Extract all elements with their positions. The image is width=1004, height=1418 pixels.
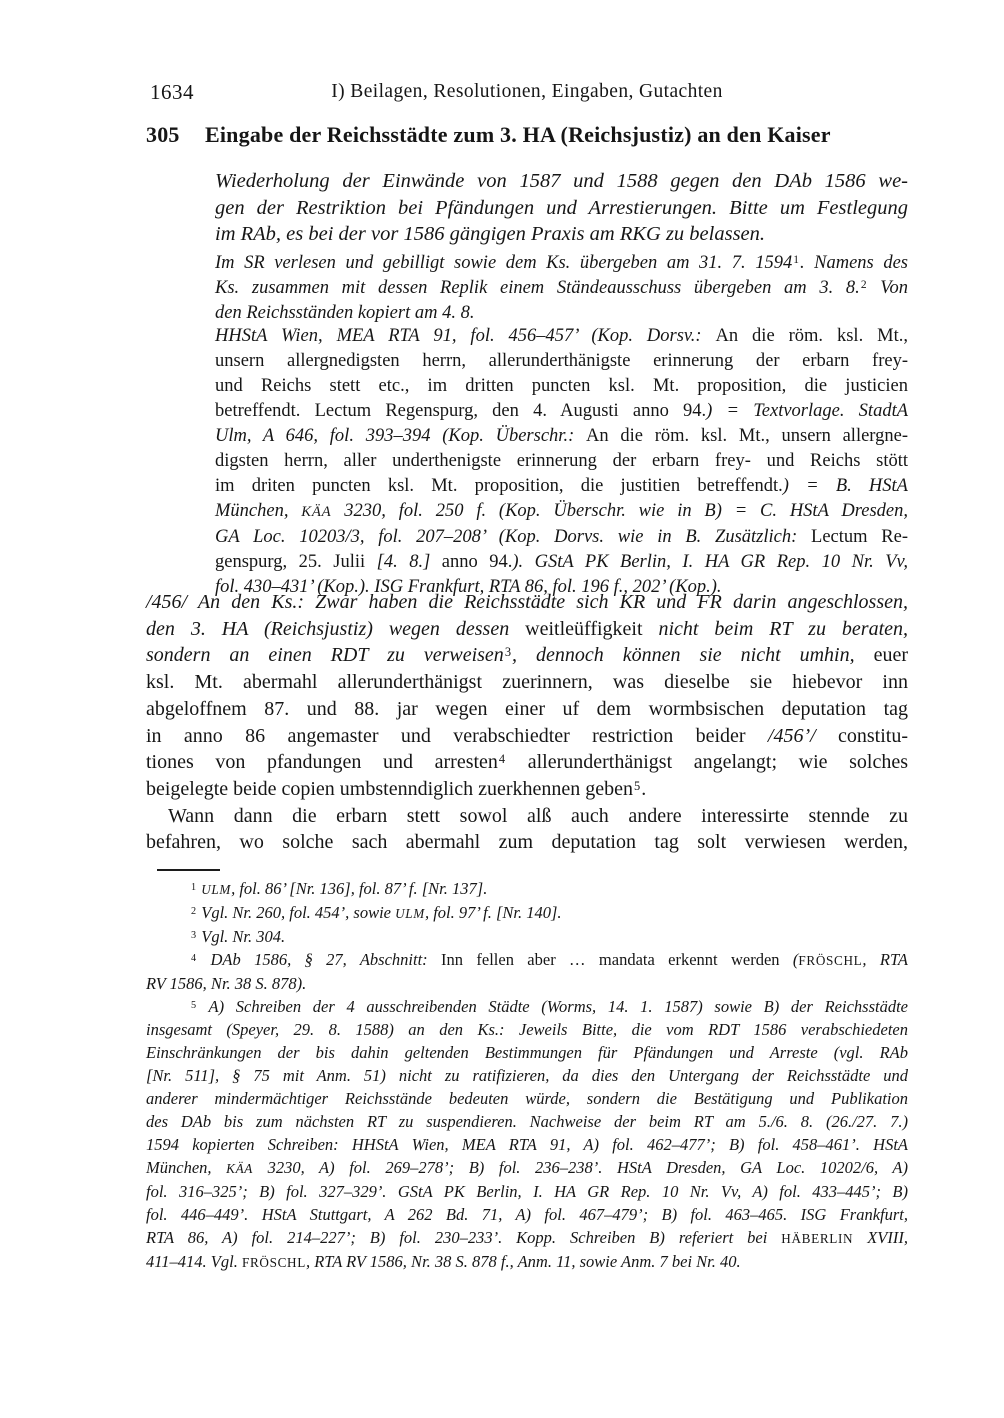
- text-run: /456’/: [768, 725, 838, 747]
- text-run: [Nr. 511], § 75 mit Anm. 51) nicht zu ra…: [146, 1066, 908, 1085]
- text-line: sondern an einen RDT zu verweisen3, denn…: [146, 642, 908, 669]
- footnote-reference: 2: [191, 906, 196, 917]
- text-line: GA Loc. 10203/3, fol. 207–208’ (Kop. Dor…: [215, 525, 908, 550]
- text-run: den Reichsständen kopiert am 4. 8.: [215, 303, 474, 323]
- text-line: fol. 316–325’; B) fol. 327–329’. GStA PK…: [146, 1180, 908, 1203]
- text-run: , dennoch können sie nicht umhin,: [512, 644, 874, 666]
- text-run: An die röm. ksl. Mt., unsern allergne-: [586, 426, 908, 446]
- text-run: ksl. Mt. abermahl allerunderthänigst zue…: [146, 671, 908, 693]
- text-line: 5 A) Schreiben der 4 ausschreibenden Stä…: [146, 995, 908, 1018]
- text-line: digsten herrn, aller underthenigste erin…: [215, 449, 908, 474]
- text-run: Von: [868, 278, 908, 298]
- text-run: 411–414. Vgl.: [146, 1252, 242, 1271]
- text-run: 3230, fol. 250 f. (Kop. Überschr. wie in…: [331, 501, 908, 521]
- text-run: FRÖSCHL: [242, 1255, 306, 1270]
- text-run: anno 94.: [442, 552, 513, 572]
- text-line: Ulm, A 646, fol. 393–394 (Kop. Überschr.…: [215, 424, 908, 449]
- text-run: unsern allergnedigsten herrn, allerunder…: [215, 351, 908, 371]
- text-run: des DAb bis zum nächsten RT zu suspendie…: [146, 1112, 908, 1131]
- text-line: ksl. Mt. abermahl allerunderthänigst zue…: [146, 669, 908, 696]
- summary-block: Wiederholung der Einwände von 1587 und 1…: [215, 168, 908, 248]
- text-run: ) = Textvorlage. StadtA: [706, 401, 908, 421]
- text-line: 2 Vgl. Nr. 260, fol. 454’, sowie ULM, fo…: [146, 901, 908, 925]
- text-line: insgesamt (Speyer, 29. 8. 1588) an den K…: [146, 1018, 908, 1041]
- procedural-note-block: Im SR verlesen und gebilligt sowie dem K…: [215, 251, 908, 326]
- text-line: befahren, wo solche sach abermahl zum de…: [146, 829, 908, 856]
- footnote-reference: 3: [191, 930, 196, 941]
- text-run: München,: [215, 501, 301, 521]
- footnotes-block: 1 ULM, fol. 86’ [Nr. 136], fol. 87’ f. […: [146, 877, 908, 1274]
- text-run: FRÖSCHL: [798, 953, 862, 968]
- text-run: digsten herrn, aller underthenigste erin…: [215, 451, 908, 471]
- text-run: Vgl. Nr. 260, fol. 454’, sowie: [197, 903, 395, 922]
- text-run: An die röm. ksl. Mt.,: [716, 326, 909, 346]
- text-line: des DAb bis zum nächsten RT zu suspendie…: [146, 1110, 908, 1133]
- text-line: München, KÄA 3230, fol. 250 f. (Kop. Übe…: [215, 499, 908, 525]
- text-run: fol. 446–449’. HStA Stuttgart, A 262 Bd.…: [146, 1205, 908, 1224]
- text-run: 3230, A) fol. 269–278’; B) fol. 236–238’…: [253, 1158, 908, 1177]
- text-run: RV 1586, Nr. 38 S. 878).: [146, 974, 306, 993]
- text-line: abgeloffnem 87. und 88. jar wegen einer …: [146, 696, 908, 723]
- text-run: Wiederholung der Einwände von 1587 und 1…: [215, 170, 908, 192]
- text-line: Wiederholung der Einwände von 1587 und 1…: [215, 168, 908, 195]
- text-line: 411–414. Vgl. FRÖSCHL, RTA RV 1586, Nr. …: [146, 1250, 908, 1274]
- footnote-reference: 4: [191, 953, 196, 964]
- text-run: /456/ An den Ks.: Zwar haben die Reichss…: [146, 591, 908, 613]
- text-run: im driten puncten ksl. Mt. proposition, …: [215, 476, 783, 496]
- text-run: HHStA Wien, MEA RTA 91, fol. 456–457’ (K…: [215, 326, 716, 346]
- document-title: Eingabe der Reichsstädte zum 3. HA (Reic…: [205, 122, 831, 148]
- text-line: [Nr. 511], § 75 mit Anm. 51) nicht zu ra…: [146, 1064, 908, 1087]
- text-run: anderer mindermächtiger Reichsstände bed…: [146, 1089, 908, 1108]
- text-line: RV 1586, Nr. 38 S. 878).: [146, 972, 908, 995]
- text-line: unsern allergnedigsten herrn, allerunder…: [215, 349, 908, 374]
- text-line: /456/ An den Ks.: Zwar haben die Reichss…: [146, 589, 908, 616]
- text-run: befahren, wo solche sach abermahl zum de…: [146, 831, 908, 853]
- text-line: in anno 86 angemaster und verabschiedter…: [146, 723, 908, 750]
- text-run: tiones von pfandungen und arresten: [146, 751, 498, 773]
- footnote-separator: [157, 869, 220, 871]
- text-run: insgesamt (Speyer, 29. 8. 1588) an den K…: [146, 1020, 908, 1039]
- document-number: 305: [146, 122, 205, 148]
- text-run: sondern an einen RDT zu verweisen: [146, 644, 504, 666]
- text-line: Einschränkungen der bis dahin geltenden …: [146, 1041, 908, 1064]
- text-line: RTA 86, A) fol. 214–227’; B) fol. 230–23…: [146, 1226, 908, 1250]
- text-line: 4 DAb 1586, § 27, Abschnitt: Inn fellen …: [146, 948, 908, 972]
- text-run: ULM: [201, 882, 231, 897]
- text-run: ) = B. HStA: [783, 476, 908, 496]
- text-run: , fol. 97’ f. [Nr. 140].: [425, 903, 562, 922]
- text-run: ULM: [395, 906, 425, 921]
- text-run: Inn fellen aber … mandata erkennt werden: [441, 950, 793, 969]
- text-run: KÄA: [301, 504, 331, 520]
- text-line: München, KÄA 3230, A) fol. 269–278’; B) …: [146, 1156, 908, 1180]
- text-run: Ks. zusammen mit dessen Replik einem Stä…: [215, 278, 860, 298]
- text-run: RTA 86, A) fol. 214–227’; B) fol. 230–23…: [146, 1228, 781, 1247]
- text-line: genspurg, 25. Julii [4. 8.] anno 94.). G…: [215, 550, 908, 575]
- text-run: GA Loc. 10203/3, fol. 207–208’ (Kop. Dor…: [215, 527, 811, 547]
- text-line: anderer mindermächtiger Reichsstände bed…: [146, 1087, 908, 1110]
- footnote-reference: 1: [191, 882, 196, 893]
- book-page: 1634 I) Beilagen, Resolutionen, Eingaben…: [0, 0, 1004, 1418]
- text-run: Wann dann die erbarn stett sowol alß auc…: [168, 805, 908, 827]
- text-run: allerunderthänigst angelangt; wie solche…: [506, 751, 908, 773]
- text-run: 1594 kopierten Schreiben: HHStA Wien, ME…: [146, 1135, 908, 1154]
- text-run: .: [641, 778, 646, 800]
- text-run: euer: [874, 644, 908, 666]
- text-run: weitleüffigkeit: [525, 618, 658, 640]
- text-run: constitu-: [838, 725, 908, 747]
- text-line: im RAb, es bei der vor 1586 gängigen Pra…: [215, 221, 908, 248]
- text-run: Lectum Re-: [811, 527, 908, 547]
- text-line: betreffendt. Lectum Regenspurg, den 4. A…: [215, 399, 908, 424]
- text-run: im RAb, es bei der vor 1586 gängigen Pra…: [215, 223, 765, 245]
- source-description-block: HHStA Wien, MEA RTA 91, fol. 456–457’ (K…: [215, 324, 908, 600]
- text-run: , RTA RV 1586, Nr. 38 S. 878 f., Anm. 11…: [306, 1252, 741, 1271]
- text-line: den 3. HA (Reichsjustiz) wegen dessen we…: [146, 616, 908, 643]
- text-line: Ks. zusammen mit dessen Replik einem Stä…: [215, 276, 908, 301]
- text-run: betreffendt. Lectum Regenspurg, den 4. A…: [215, 401, 706, 421]
- text-line: 3 Vgl. Nr. 304.: [146, 925, 908, 948]
- text-run: DAb 1586, § 27, Abschnitt:: [197, 950, 441, 969]
- main-text-block: /456/ An den Ks.: Zwar haben die Reichss…: [146, 589, 908, 856]
- text-run: KÄA: [226, 1161, 253, 1176]
- text-run: , fol. 86’ [Nr. 136], fol. 87’ f. [Nr. 1…: [231, 879, 487, 898]
- text-run: Im SR verlesen und gebilligt sowie dem K…: [215, 253, 792, 273]
- footnote-reference: 5: [191, 1000, 196, 1011]
- text-line: Im SR verlesen und gebilligt sowie dem K…: [215, 251, 908, 276]
- text-line: 1 ULM, fol. 86’ [Nr. 136], fol. 87’ f. […: [146, 877, 908, 901]
- text-line: tiones von pfandungen und arresten4 alle…: [146, 749, 908, 776]
- text-run: HÄBERLIN: [781, 1231, 853, 1246]
- text-run: XVIII,: [853, 1228, 908, 1247]
- footnote-reference: 3: [505, 645, 511, 659]
- text-run: A) Schreiben der 4 ausschreibenden Städt…: [197, 997, 908, 1016]
- text-run: abgeloffnem 87. und 88. jar wegen einer …: [146, 698, 908, 720]
- text-run: fol. 316–325’; B) fol. 327–329’. GStA PK…: [146, 1182, 908, 1201]
- text-run: den 3. HA (Reichsjustiz) wegen dessen: [146, 618, 525, 640]
- text-run: Vgl. Nr. 304.: [197, 927, 285, 946]
- text-run: genspurg, 25. Julii: [215, 552, 377, 572]
- document-heading: 305 Eingabe der Reichsstädte zum 3. HA (…: [146, 122, 908, 148]
- text-run: München,: [146, 1158, 226, 1177]
- text-run: Ulm, A 646, fol. 393–394 (Kop. Überschr.…: [215, 426, 586, 446]
- text-line: Wann dann die erbarn stett sowol alß auc…: [146, 803, 908, 830]
- text-run: gen der Restriktion bei Pfändungen und A…: [215, 197, 908, 219]
- text-run: Einschränkungen der bis dahin geltenden …: [146, 1043, 908, 1062]
- text-run: beigelegte beide copien umbstenndiglich …: [146, 778, 633, 800]
- footnote-reference: 2: [861, 279, 867, 291]
- footnote-reference: 1: [793, 254, 799, 266]
- footnote-reference: 5: [634, 779, 640, 793]
- text-run: . Namens des: [800, 253, 908, 273]
- text-run: ). GStA PK Berlin, I. HA GR Rep. 10 Nr. …: [512, 552, 908, 572]
- text-line: fol. 446–449’. HStA Stuttgart, A 262 Bd.…: [146, 1203, 908, 1226]
- footnote-reference: 4: [499, 752, 505, 766]
- text-run: in anno 86 angemaster und verabschiedter…: [146, 725, 768, 747]
- text-line: 1594 kopierten Schreiben: HHStA Wien, ME…: [146, 1133, 908, 1156]
- running-head: I) Beilagen, Resolutionen, Eingaben, Gut…: [146, 81, 908, 103]
- text-run: und Reichs stett etc., im dritten puncte…: [215, 376, 908, 396]
- text-line: HHStA Wien, MEA RTA 91, fol. 456–457’ (K…: [215, 324, 908, 349]
- page-header: 1634 I) Beilagen, Resolutionen, Eingaben…: [146, 80, 908, 108]
- text-line: beigelegte beide copien umbstenndiglich …: [146, 776, 908, 803]
- text-line: gen der Restriktion bei Pfändungen und A…: [215, 195, 908, 222]
- text-line: und Reichs stett etc., im dritten puncte…: [215, 374, 908, 399]
- text-line: den Reichsständen kopiert am 4. 8.: [215, 301, 908, 326]
- text-line: im driten puncten ksl. Mt. proposition, …: [215, 474, 908, 499]
- text-run: , RTA: [862, 950, 908, 969]
- text-run: [4. 8.]: [377, 552, 442, 572]
- text-run: nicht beim RT zu beraten,: [658, 618, 908, 640]
